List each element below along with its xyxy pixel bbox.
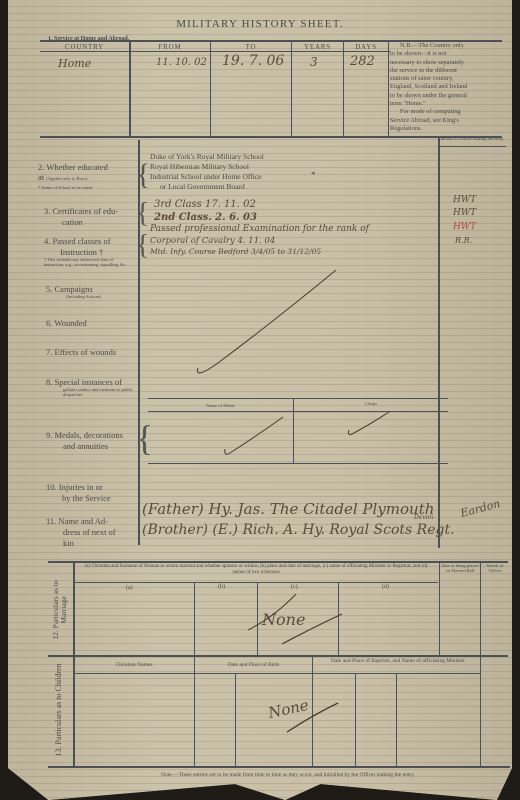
- children-col-names: Christian Names: [74, 663, 194, 668]
- marriage-col-a: (a): [126, 585, 133, 592]
- section-8-label: 8. Special instances of: [46, 377, 122, 387]
- section-2-footnote: * Name of School to be stated.: [38, 185, 93, 190]
- service-years: 3: [310, 55, 318, 69]
- brace: {: [136, 420, 153, 456]
- instruction-entry-1: Passed professional Examination for the …: [150, 224, 369, 234]
- section-12-label: 12. Particulars as to Marriage: [52, 570, 68, 650]
- section-13-label-wrap: 13. Particulars as to Children: [52, 660, 66, 764]
- section-9-label: 9. Medals, decorations: [46, 430, 123, 440]
- brace: {: [136, 200, 149, 228]
- section-10-label: 10. Injuries in or: [46, 482, 103, 492]
- section-3-label-2: cation: [62, 217, 83, 227]
- service-to: 19. 7. 06: [222, 53, 284, 69]
- instruction-entry-2: Corporal of Cavalry 4. 11. 04: [150, 236, 275, 246]
- certificate-entry-1: 3rd Class 17. 11. 02: [154, 199, 256, 210]
- section-4-label-2: Instruction †: [60, 247, 103, 257]
- next-of-kin-1: (Father) Hy. Jas. The Citadel Plymouth: [142, 500, 434, 518]
- medal-col-name: Name of Medal: [148, 403, 293, 408]
- section-12-label-wrap: 12. Particulars as to Marriage: [52, 570, 66, 650]
- section-5-label: 5. Campaigns: [46, 284, 93, 294]
- military-history-sheet: MILITARY HISTORY SHEET. 1. Service at Ho…: [8, 0, 512, 800]
- section-4-label: 4. Passed classes of: [44, 236, 111, 246]
- section-2-label: 2. Whether educated: [38, 162, 108, 172]
- marriage-col-b: (b): [218, 584, 225, 591]
- married-roll-header: Date of being placed on Married Roll: [441, 563, 479, 573]
- initials-3-red: HWT: [453, 222, 476, 232]
- col-to: TO: [211, 43, 291, 51]
- col-from: FROM: [130, 43, 210, 51]
- instruction-entry-3: Mtd. Infy. Course Bedford 3/4/05 to 31/1…: [150, 247, 321, 256]
- brace: {: [136, 160, 150, 190]
- section-10-label-2: by the Service: [62, 493, 111, 503]
- section-13-label: 13. Particulars as to Children: [55, 660, 63, 760]
- initials-1: HWT: [453, 195, 476, 205]
- marriage-col-d: (d): [382, 584, 389, 591]
- section-2-label-at: at (Applies only to Boys): [38, 172, 87, 182]
- service-days: 282: [350, 54, 375, 69]
- strike-mark-clasps: [344, 410, 394, 440]
- section-3-label: 3. Certificates of edu-: [44, 206, 118, 216]
- strike-mark-sections-5-8: [188, 268, 338, 383]
- strike-mark-marriage: [244, 592, 344, 647]
- section-11-label-3: kin: [63, 538, 74, 548]
- page-title: MILITARY HISTORY SHEET.: [8, 18, 512, 30]
- col-years: YEARS: [292, 43, 343, 51]
- section-8-sub: gallant conduct and mentions in public d…: [63, 387, 135, 397]
- strike-mark-children: [283, 700, 343, 735]
- initials-2: HWT: [453, 208, 476, 218]
- col-country: COUNTRY: [40, 43, 129, 51]
- initials-header: Initials of Officer making the entry: [440, 136, 504, 141]
- school-list: Duke of York's Royal Military School Roy…: [150, 152, 264, 192]
- school-asterisk: *: [311, 170, 316, 180]
- section-4-footnote: † This includes any authorised class of …: [44, 257, 134, 267]
- children-col-birth: Date and Place of Birth: [195, 663, 312, 668]
- marriage-col-c: (c): [291, 584, 298, 591]
- married-initials-header: Initials of Officer: [482, 563, 508, 573]
- section-5-sub: (Including Actions): [66, 294, 101, 299]
- section-9-label-2: and annuities: [63, 441, 108, 451]
- children-col-baptism: Date and Place of Baptism, and Name of o…: [318, 658, 478, 664]
- marriage-header: (a) Christian and Surname of Woman to wh…: [78, 564, 434, 576]
- section-6-label: 6. Wounded: [46, 318, 87, 328]
- footer-note: Note.—These entries are to be made from …: [98, 772, 478, 778]
- next-of-kin-annotation: Devon: [414, 514, 433, 521]
- section-11-label-2: dress of next of: [63, 527, 116, 537]
- initials-4: R.R.: [455, 236, 472, 245]
- service-from: 11. 10. 02: [156, 57, 207, 68]
- section-7-label: 7. Effects of wounds: [46, 347, 116, 357]
- next-of-kin-2: (Brother) (E.) Rich. A. Hy. Royal Scots …: [142, 522, 455, 538]
- col-days: DAYS: [344, 43, 388, 51]
- medal-col-clasps: Clasps: [294, 401, 448, 406]
- service-country: Home: [58, 57, 91, 70]
- brace: {: [136, 232, 149, 260]
- section-11-label: 11. Name and Ad-: [46, 516, 108, 526]
- strike-mark-medal: [218, 415, 288, 460]
- service-note: N.B.—The Country only to be shown—it is …: [390, 42, 498, 133]
- next-of-kin-initials: Eardon: [459, 497, 502, 520]
- certificate-entry-2: 2nd Class. 2. 6. 03: [154, 212, 257, 223]
